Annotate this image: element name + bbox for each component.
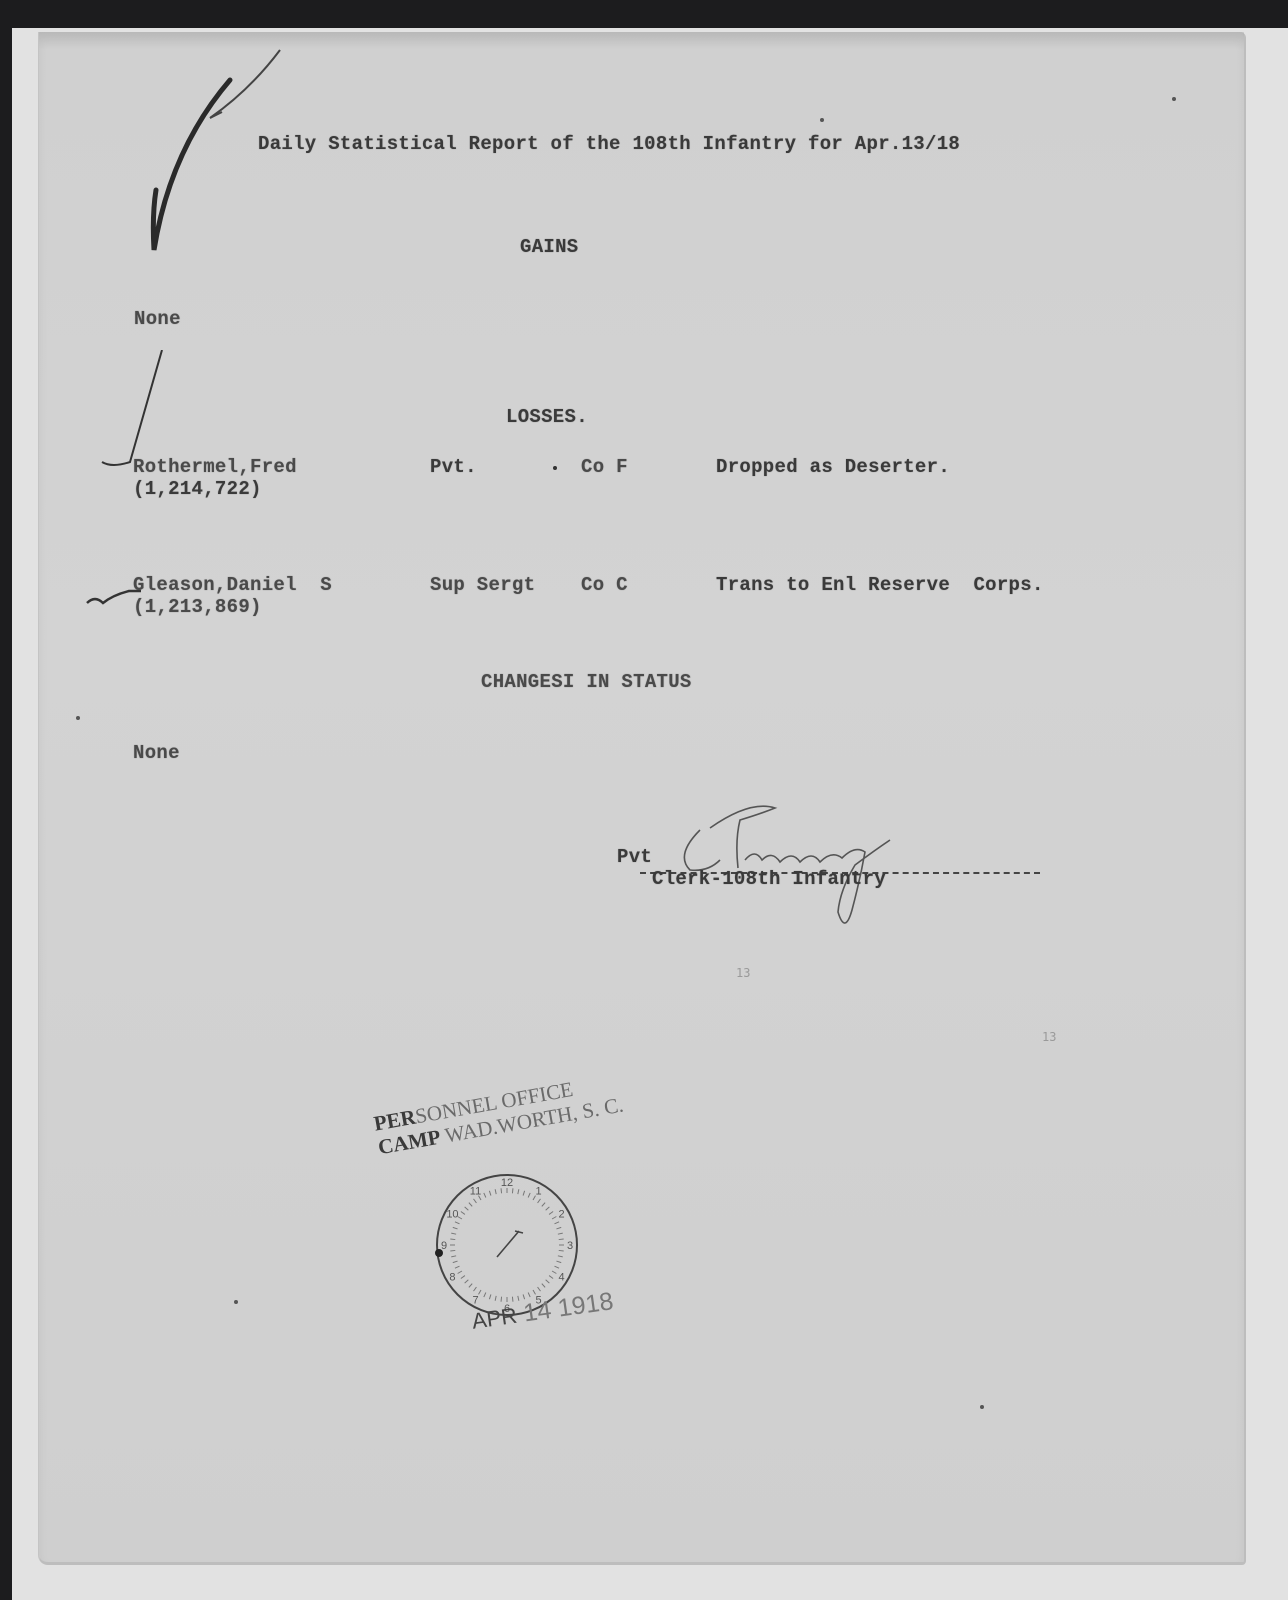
margin-number: 13: [736, 966, 750, 980]
signature-rank: Pvt: [617, 846, 652, 868]
signature-title: Clerk-108th Infantry: [652, 868, 886, 890]
svg-text:12: 12: [501, 1177, 513, 1189]
svg-text:4: 4: [558, 1272, 564, 1284]
svg-text:10: 10: [446, 1209, 458, 1221]
svg-text:1: 1: [535, 1185, 541, 1197]
ink-speck: [1172, 97, 1176, 101]
svg-text:3: 3: [567, 1240, 573, 1252]
loss-action: Dropped as Deserter.: [716, 456, 950, 478]
ink-speck: [76, 716, 80, 720]
soldier-serial: (1,214,722): [133, 478, 262, 500]
soldier-name: Rothermel,Fred: [133, 456, 297, 478]
soldier-rank: Sup Sergt: [430, 574, 535, 596]
ink-speck: [234, 1300, 238, 1304]
changes-in-status-heading: CHANGESI IN STATUS: [481, 671, 692, 693]
soldier-company: Co C: [581, 574, 628, 596]
typewriter-dot: [553, 466, 557, 470]
svg-text:8: 8: [449, 1272, 455, 1284]
check-mark-icon: [140, 40, 300, 270]
margin-number: 13: [1042, 1030, 1056, 1044]
stamp-date-month: APR: [470, 1303, 518, 1334]
gains-none: None: [134, 308, 181, 330]
svg-text:7: 7: [472, 1295, 478, 1307]
soldier-serial: (1,213,869): [133, 596, 262, 618]
losses-heading: LOSSES.: [506, 406, 588, 428]
gains-heading: GAINS: [520, 236, 579, 258]
loss-action: Trans to Enl Reserve Corps.: [716, 574, 1044, 596]
soldier-rank: Pvt.: [430, 456, 477, 478]
svg-text:2: 2: [558, 1209, 564, 1221]
report-title: Daily Statistical Report of the 108th In…: [258, 133, 960, 155]
ink-speck: [980, 1405, 984, 1409]
changes-none: None: [133, 742, 180, 764]
svg-text:11: 11: [470, 1185, 481, 1197]
soldier-company: Co F: [581, 456, 628, 478]
ink-speck: [820, 118, 824, 122]
soldier-name: Gleason,Daniel S: [133, 574, 332, 596]
